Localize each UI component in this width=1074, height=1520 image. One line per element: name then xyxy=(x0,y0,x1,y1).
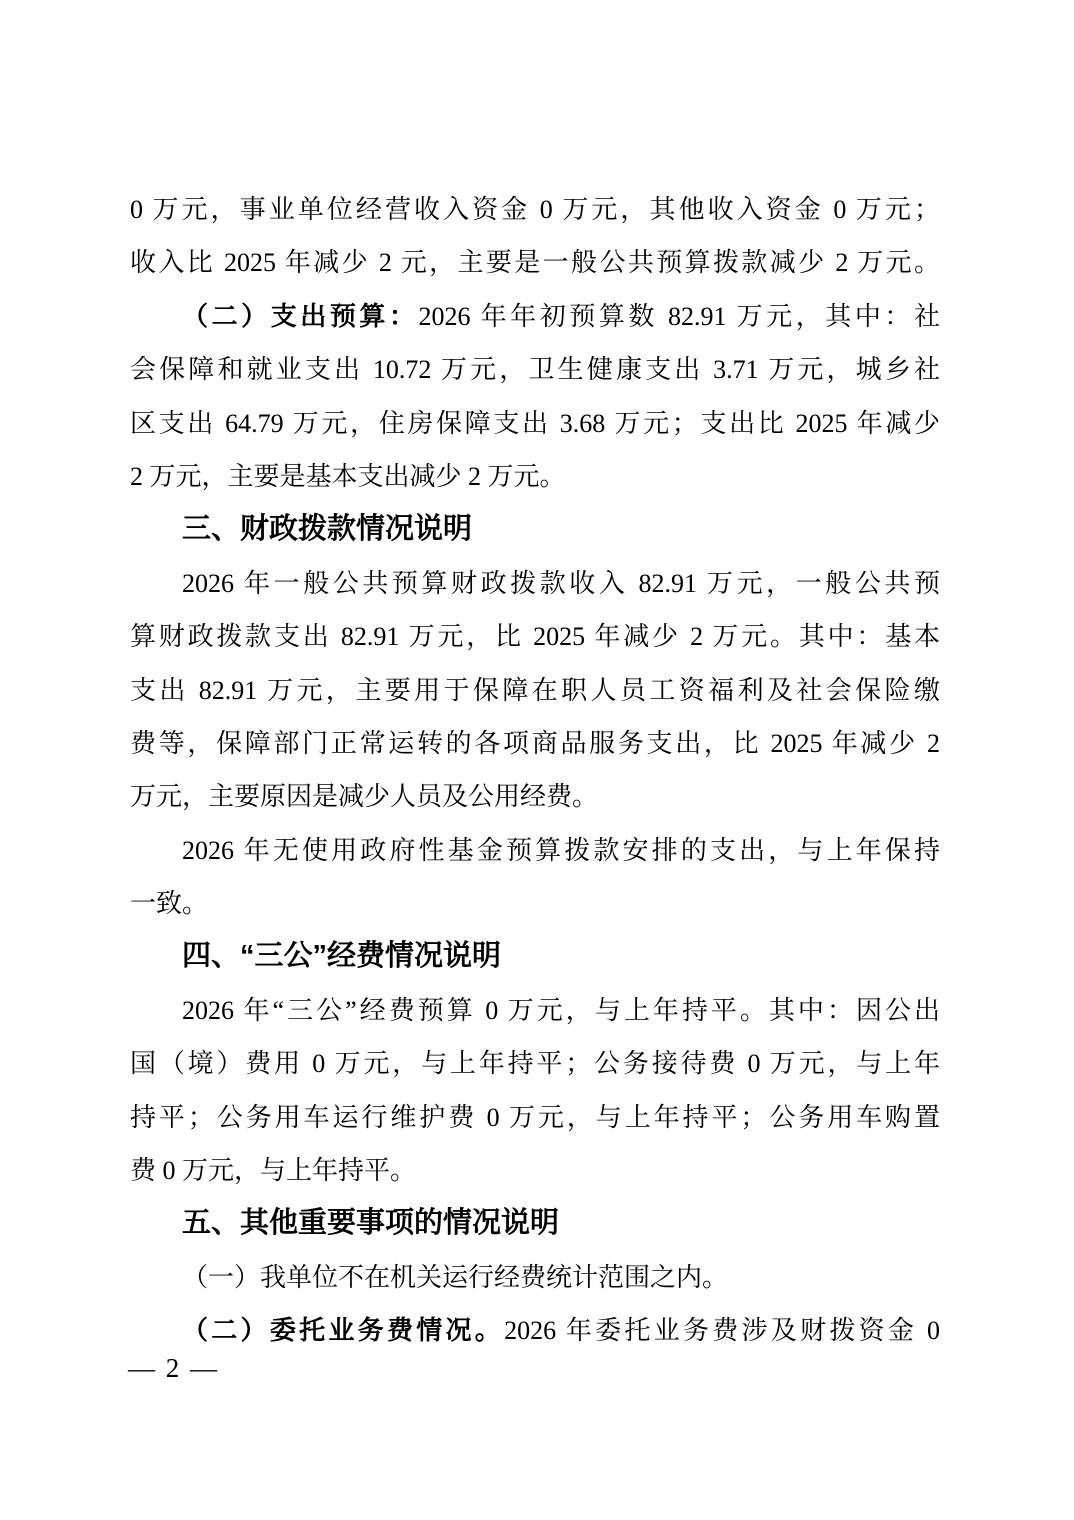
text-line: 一致。 xyxy=(130,877,940,930)
text-line: 费 0 万元，与上年持平。 xyxy=(130,1144,940,1197)
text-line-content: 区支出 64.79 万元，住房保障支出 3.68 万元；支出比 2025 年减少 xyxy=(130,409,940,438)
text-line-content: 2026 年一般公共预算财政拨款收入 82.91 万元，一般公共预 xyxy=(182,569,940,598)
text-line: （二）支出预算：2026 年年初预算数 82.91 万元，其中：社 xyxy=(130,290,940,343)
text-line-content: 收入比 2025 年减少 2 元，主要是一般公共预算拨款减少 2 万元。 xyxy=(130,248,940,277)
text-line: 国（境）费用 0 万元，与上年持平；公务接待费 0 万元，与上年 xyxy=(130,1037,940,1090)
section-heading-text: 三、财政拨款情况说明 xyxy=(182,513,472,545)
text-line-content: 持平；公务用车运行维护费 0 万元，与上年持平；公务用车购置 xyxy=(130,1103,940,1132)
text-line: 2026 年一般公共预算财政拨款收入 82.91 万元，一般公共预 xyxy=(130,557,940,610)
text-line: 2 万元，主要是基本支出减少 2 万元。 xyxy=(130,450,940,503)
text-line-content: 费等，保障部门正常运转的各项商品服务支出，比 2025 年减少 2 xyxy=(130,729,940,758)
section-heading-fiscal-appropriation: 三、财政拨款情况说明 xyxy=(130,503,940,556)
document-page: 0 万元，事业单位经营收入资金 0 万元，其他收入资金 0 万元； 收入比 20… xyxy=(0,0,1074,1520)
text-line: （一）我单位不在机关运行经费统计范围之内。 xyxy=(130,1251,940,1304)
section-heading-three-public-funds: 四、“三公”经费情况说明 xyxy=(130,930,940,983)
text-line: 0 万元，事业单位经营收入资金 0 万元，其他收入资金 0 万元； xyxy=(130,183,940,236)
text-line-content: 费 0 万元，与上年持平。 xyxy=(130,1156,416,1185)
text-line: 区支出 64.79 万元，住房保障支出 3.68 万元；支出比 2025 年减少 xyxy=(130,397,940,450)
text-line-content: 算财政拨款支出 82.91 万元，比 2025 年减少 2 万元。其中：基本 xyxy=(130,622,940,651)
text-line-content: 2026 年“三公”经费预算 0 万元，与上年持平。其中：因公出 xyxy=(182,996,940,1025)
text-line-content: 2 万元，主要是基本支出减少 2 万元。 xyxy=(130,462,566,491)
text-line: 2026 年“三公”经费预算 0 万元，与上年持平。其中：因公出 xyxy=(130,984,940,1037)
subparagraph-lead: （二）委托业务费情况。 xyxy=(182,1316,504,1345)
text-line-content: 0 万元，事业单位经营收入资金 0 万元，其他收入资金 0 万元； xyxy=(130,195,940,224)
text-line-content: 2026 年年初预算数 82.91 万元，其中：社 xyxy=(419,302,940,331)
text-line: 万元，主要原因是减少人员及公用经费。 xyxy=(130,770,940,823)
text-line-content: 会保障和就业支出 10.72 万元，卫生健康支出 3.71 万元，城乡社 xyxy=(130,355,940,384)
text-line: 会保障和就业支出 10.72 万元，卫生健康支出 3.71 万元，城乡社 xyxy=(130,343,940,396)
section-heading-text: 四、“三公”经费情况说明 xyxy=(182,940,501,972)
text-line: 收入比 2025 年减少 2 元，主要是一般公共预算拨款减少 2 万元。 xyxy=(130,236,940,289)
page-number: — 2 — xyxy=(128,1348,219,1388)
text-line: 持平；公务用车运行维护费 0 万元，与上年持平；公务用车购置 xyxy=(130,1091,940,1144)
text-line-content: 一致。 xyxy=(130,889,208,918)
text-line: （二）委托业务费情况。2026 年委托业务费涉及财拨资金 0 xyxy=(130,1304,940,1357)
section-heading-other-important-matters: 五、其他重要事项的情况说明 xyxy=(130,1197,940,1250)
text-line: 支出 82.91 万元，主要用于保障在职人员工资福利及社会保险缴 xyxy=(130,664,940,717)
subparagraph-lead: （二）支出预算： xyxy=(182,302,419,331)
section-heading-text: 五、其他重要事项的情况说明 xyxy=(182,1207,559,1239)
text-line-content: （一）我单位不在机关运行经费统计范围之内。 xyxy=(182,1263,728,1292)
text-line: 费等，保障部门正常运转的各项商品服务支出，比 2025 年减少 2 xyxy=(130,717,940,770)
text-line-content: 国（境）费用 0 万元，与上年持平；公务接待费 0 万元，与上年 xyxy=(130,1049,940,1078)
document-body: 0 万元，事业单位经营收入资金 0 万元，其他收入资金 0 万元； 收入比 20… xyxy=(130,183,940,1358)
text-line: 算财政拨款支出 82.91 万元，比 2025 年减少 2 万元。其中：基本 xyxy=(130,610,940,663)
text-line-content: 万元，主要原因是减少人员及公用经费。 xyxy=(130,782,598,811)
text-line-content: 支出 82.91 万元，主要用于保障在职人员工资福利及社会保险缴 xyxy=(130,676,940,705)
text-line-content: 2026 年委托业务费涉及财拨资金 0 xyxy=(504,1316,940,1345)
text-line: 2026 年无使用政府性基金预算拨款安排的支出，与上年保持 xyxy=(130,824,940,877)
text-line-content: 2026 年无使用政府性基金预算拨款安排的支出，与上年保持 xyxy=(182,836,940,865)
